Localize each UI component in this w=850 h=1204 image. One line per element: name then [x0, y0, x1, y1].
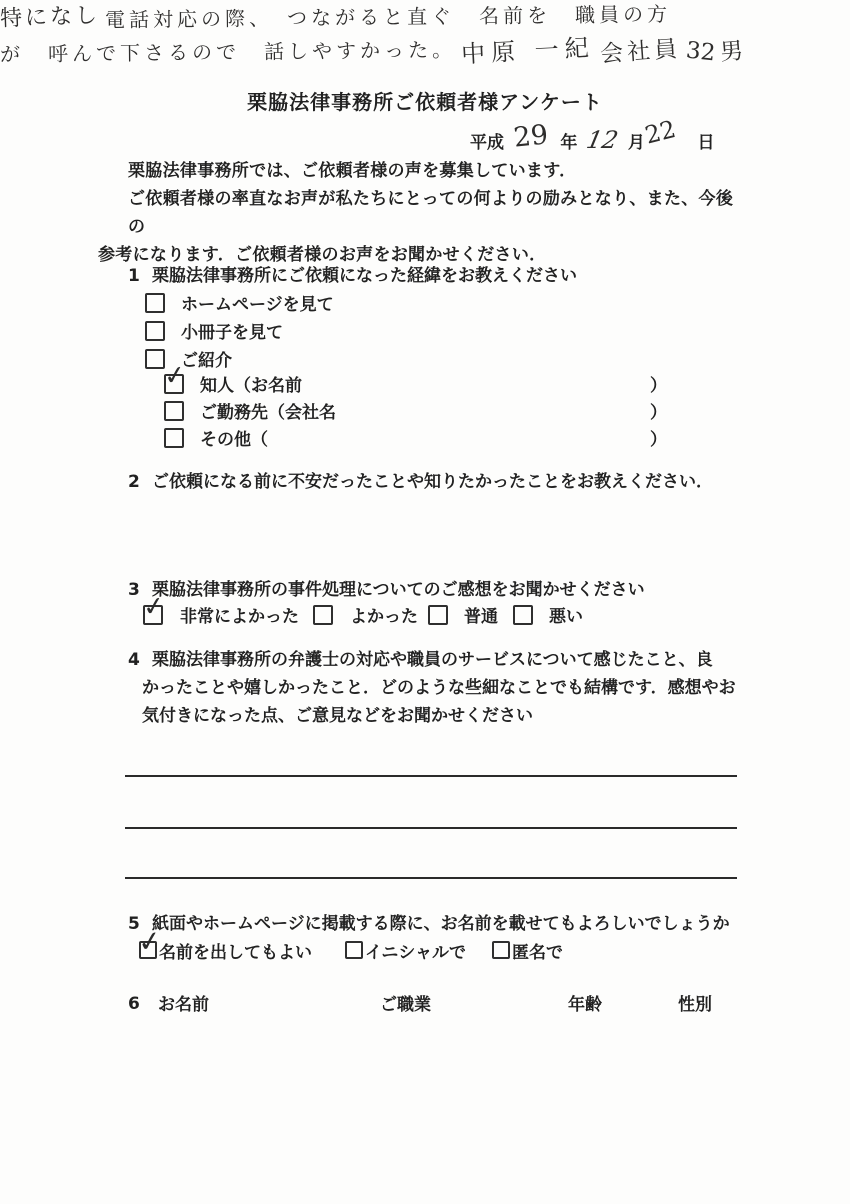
q4-handwritten-line2: が 呼んで下さるので 話しやすかった。	[0, 34, 456, 68]
survey-page: 栗脇法律事務所ご依頼者様アンケート 平成29年12月22日 栗脇法律事務所では、…	[0, 0, 850, 1204]
question-4-text-line1: 栗脇法律事務所の弁護士の対応や職員のサービスについて感じたこと、良	[152, 650, 713, 670]
answer-rule-line-2	[125, 827, 737, 829]
intro-line: 栗脇法律事務所では、ご依頼者様の声を募集しています．	[98, 157, 748, 185]
answer-rule-line-1	[125, 775, 737, 777]
question-1-text: 栗脇法律事務所にご依頼になった経緯をお教えください	[152, 266, 577, 286]
q1-option-booklet-label: 小冊子を見て	[181, 318, 283, 343]
question-2-heading: 2ご依頼になる前に不安だったことや知りたかったことをお教えください．	[128, 468, 713, 496]
q6-occupation-label: ご職業	[380, 990, 431, 1015]
checkbox-q3-normal[interactable]	[428, 605, 448, 625]
q3-option-very-good-label: 非常によかった	[180, 602, 299, 627]
q6-name-label: お名前	[158, 990, 209, 1015]
checkbox-q1-booklet[interactable]	[145, 321, 165, 341]
question-4-text-line2: かったことや嬉しかったこと．どのような些細なことでも結構です．感想やお	[142, 674, 736, 702]
question-2-number: 2	[128, 468, 152, 496]
question-6-heading: 6	[128, 990, 152, 1018]
date-day-handwritten: 22	[642, 115, 678, 150]
question-4-text-line3: 気付きになった点、ご意見などをお聞かせください	[142, 702, 533, 730]
question-4-number: 4	[128, 646, 152, 674]
q3-option-good-label: よかった	[350, 602, 418, 627]
q5-option-anonymous-label: 匿名で	[512, 938, 563, 963]
q1-acquaintance-close-paren: ）	[650, 371, 667, 396]
question-1-number: 1	[128, 262, 152, 290]
year-label: 年	[560, 133, 577, 153]
checkbox-q3-bad[interactable]	[513, 605, 533, 625]
q6-occupation-handwritten: 会社員	[599, 30, 682, 69]
q6-name-handwritten: 中原 一紀	[460, 28, 595, 70]
checkbox-q1-acquaintance[interactable]: ✓	[164, 374, 184, 394]
day-label: 日	[697, 133, 714, 153]
checkbox-q1-workplace[interactable]	[164, 401, 184, 421]
era-label: 平成	[470, 133, 504, 153]
checkbox-q1-homepage[interactable]	[145, 293, 165, 313]
q6-age-label: 年齢	[568, 990, 602, 1015]
q1-option-workplace-label: ご勤務先（会社名	[200, 398, 336, 423]
date-month-handwritten: 12	[584, 126, 620, 154]
q1-option-other-label: その他（	[200, 425, 268, 450]
date-line: 平成29年12月22日	[470, 124, 714, 155]
question-4-heading: 4栗脇法律事務所の弁護士の対応や職員のサービスについて感じたこと、良	[128, 646, 713, 674]
q3-option-normal-label: 普通	[464, 602, 498, 627]
intro-paragraph: 栗脇法律事務所では、ご依頼者様の声を募集しています． ご依頼者様の率直なお声が私…	[98, 157, 748, 269]
question-5-heading: 5紙面やホームページに掲載する際に、お名前を載せてもよろしいでしょうか	[128, 910, 730, 938]
checkbox-q3-good[interactable]	[313, 605, 333, 625]
question-3-heading: 3栗脇法律事務所の事件処理についてのご感想をお聞かせください	[128, 576, 645, 604]
checkbox-q5-real-name[interactable]: ✓	[139, 941, 157, 959]
date-year-handwritten: 29	[512, 119, 549, 153]
intro-line: ご依頼者様の率直なお声が私たちにとっての何よりの励みとなり、また、今後の	[98, 185, 748, 241]
q6-gender-label: 性別	[678, 990, 712, 1015]
q6-gender-handwritten: 男	[719, 32, 745, 67]
q1-option-acquaintance-label: 知人（お名前	[200, 371, 302, 396]
question-5-text: 紙面やホームページに掲載する際に、お名前を載せてもよろしいでしょうか	[152, 914, 730, 934]
q3-option-bad-label: 悪い	[549, 602, 583, 627]
q1-other-close-paren: ）	[650, 425, 667, 450]
q5-option-real-name-label: 名前を出してもよい	[159, 938, 312, 963]
q1-option-homepage-label: ホームページを見て	[181, 290, 334, 315]
q5-option-initials-label: イニシャルで	[365, 938, 466, 963]
check-mark: ✓	[141, 593, 166, 622]
q1-option-referral-label: ご紹介	[181, 346, 232, 371]
checkbox-q5-initials[interactable]	[345, 941, 363, 959]
check-mark: ✓	[162, 362, 187, 391]
q6-age-handwritten: 32	[685, 38, 717, 67]
q2-handwritten-answer: 特になし	[0, 0, 101, 33]
checkbox-q1-other[interactable]	[164, 428, 184, 448]
answer-rule-line-3	[125, 877, 737, 879]
checkbox-q5-anonymous[interactable]	[492, 941, 510, 959]
q1-workplace-close-paren: ）	[650, 398, 667, 423]
question-3-text: 栗脇法律事務所の事件処理についてのご感想をお聞かせください	[152, 580, 645, 600]
question-2-text: ご依頼になる前に不安だったことや知りたかったことをお教えください．	[152, 472, 713, 492]
question-6-number: 6	[128, 990, 152, 1018]
question-1-heading: 1栗脇法律事務所にご依頼になった経緯をお教えください	[128, 262, 577, 290]
month-label: 月	[628, 133, 645, 153]
page-title: 栗脇法律事務所ご依頼者様アンケート	[0, 86, 850, 115]
checkbox-q3-very-good[interactable]: ✓	[143, 605, 163, 625]
